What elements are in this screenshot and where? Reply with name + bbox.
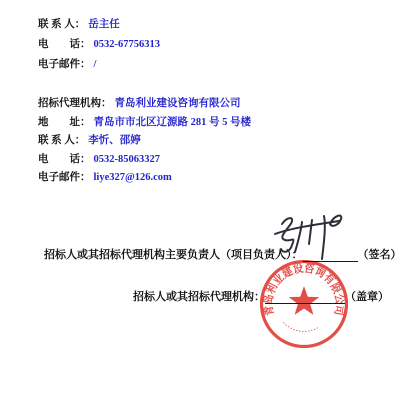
signature-stroke	[281, 218, 293, 252]
signature-stroke	[295, 222, 302, 252]
agency-address-row: 地 址：青岛市市北区辽源路 281 号 5 号楼	[38, 114, 251, 133]
agency-contact-block: 招标代理机构：青岛利业建设咨询有限公司 地 址：青岛市市北区辽源路 281 号 …	[38, 95, 251, 188]
email-row: 电子邮件：/	[38, 55, 160, 75]
agency-email-row: 电子邮件：liye327@126.com	[38, 169, 251, 188]
phone-value: 0532-67756313	[94, 35, 161, 55]
bidder-contact-block: 联 系 人：岳主任 电 话：0532-67756313 电子邮件：/	[38, 15, 160, 75]
signature-stroke	[309, 220, 312, 244]
signature-suffix: （签名）	[358, 246, 402, 262]
contact-person-label: 联 系 人：	[38, 15, 85, 35]
agency-phone-label: 电 话：	[38, 151, 91, 170]
agency-contact-person-label: 联 系 人：	[38, 132, 85, 151]
svg-text:·············: ·············	[280, 320, 321, 335]
document-page: 联 系 人：岳主任 电 话：0532-67756313 电子邮件：/ 招标代理机…	[0, 0, 407, 394]
agency-email-label: 电子邮件：	[38, 169, 91, 188]
company-seal-stamp: 青岛利业建设咨询有限公司 ·············	[258, 258, 350, 350]
email-label: 电子邮件：	[38, 55, 91, 75]
email-value: /	[94, 55, 97, 75]
handwritten-signature	[271, 211, 351, 263]
agency-name-label: 招标代理机构：	[38, 95, 112, 114]
agency-contact-person-value: 李忻、邵婷	[88, 132, 141, 151]
agency-address-value: 青岛市市北区辽源路 281 号 5 号楼	[94, 114, 252, 133]
contact-person-value: 岳主任	[88, 15, 120, 35]
agency-address-label: 地 址：	[38, 114, 91, 133]
agency-phone-value: 0532-85063327	[94, 151, 161, 170]
agency-name-value: 青岛利业建设咨询有限公司	[115, 95, 241, 114]
phone-label: 电 话：	[38, 35, 91, 55]
agency-email-value: liye327@126.com	[94, 169, 172, 188]
agency-phone-row: 电 话：0532-85063327	[38, 151, 251, 170]
seal-serial-number: ·············	[280, 320, 321, 335]
agency-contact-person-row: 联 系 人：李忻、邵婷	[38, 132, 251, 151]
agency-name-row: 招标代理机构：青岛利业建设咨询有限公司	[38, 95, 251, 114]
phone-row: 电 话：0532-67756313	[38, 35, 160, 55]
seal-star-icon	[289, 286, 319, 315]
contact-person-row: 联 系 人：岳主任	[38, 15, 160, 35]
seal-line-label: 招标人或其招标代理机构：	[133, 288, 265, 304]
seal-suffix: （盖章）	[345, 288, 389, 304]
